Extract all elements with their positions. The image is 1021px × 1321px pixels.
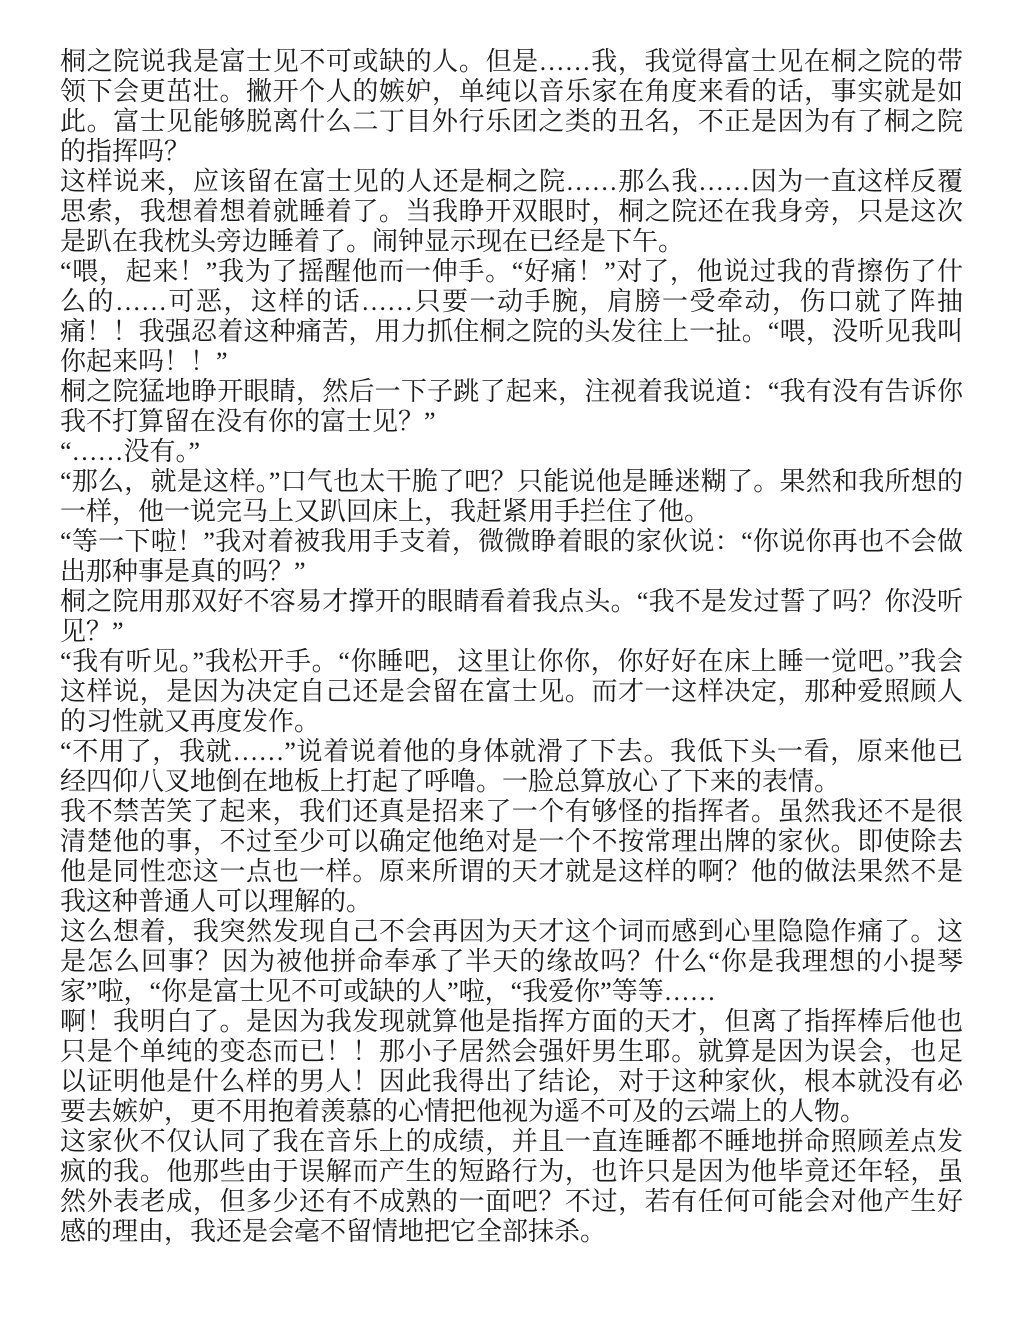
paragraph: 这家伙不仅认同了我在音乐上的成绩，并且一直连睡都不睡地拼命照顾差点发疯的我。他那… bbox=[60, 1127, 963, 1247]
story-text: 桐之院说我是富士见不可或缺的人。但是……我，我觉得富士见在桐之院的带领下会更茁壮… bbox=[60, 47, 963, 1247]
paragraph: “等一下啦！”我对着被我用手支着，微微睁着眼的家伙说：“你说你再也不会做出那种事… bbox=[60, 527, 963, 587]
paragraph: “不用了，我就……”说着说着他的身体就滑了下去。我低下头一看，原来他已经四仰八叉… bbox=[60, 737, 963, 797]
paragraph: 桐之院用那双好不容易才撑开的眼睛看着我点头。“我不是发过誓了吗？你没听见？” bbox=[60, 587, 963, 647]
paragraph: “……没有。” bbox=[60, 437, 963, 467]
paragraph: 桐之院说我是富士见不可或缺的人。但是……我，我觉得富士见在桐之院的带领下会更茁壮… bbox=[60, 47, 963, 167]
paragraph: 桐之院猛地睁开眼睛，然后一下子跳了起来，注视着我说道：“我有没有告诉你我不打算留… bbox=[60, 377, 963, 437]
paragraph: 这么想着，我突然发现自己不会再因为天才这个词而感到心里隐隐作痛了。这是怎么回事？… bbox=[60, 917, 963, 1007]
paragraph: 这样说来，应该留在富士见的人还是桐之院……那么我……因为一直这样反覆思索，我想着… bbox=[60, 167, 963, 257]
paragraph: “我有听见。”我松开手。“你睡吧，这里让你你，你好好在床上睡一觉吧。”我会这样说… bbox=[60, 647, 963, 737]
paragraph: 我不禁苦笑了起来，我们还真是招来了一个有够怪的指挥者。虽然我还不是很清楚他的事，… bbox=[60, 797, 963, 917]
novel-page: 桐之院说我是富士见不可或缺的人。但是……我，我觉得富士见在桐之院的带领下会更茁壮… bbox=[0, 0, 1021, 1321]
paragraph: “那么，就是这样。”口气也太干脆了吧？只能说他是睡迷糊了。果然和我所想的一样，他… bbox=[60, 467, 963, 527]
paragraph: “喂，起来！”我为了摇醒他而一伸手。“好痛！”对了，他说过我的背擦伤了什么的……… bbox=[60, 257, 963, 377]
paragraph: 啊！我明白了。是因为我发现就算他是指挥方面的天才，但离了指挥棒后他也只是个单纯的… bbox=[60, 1007, 963, 1127]
